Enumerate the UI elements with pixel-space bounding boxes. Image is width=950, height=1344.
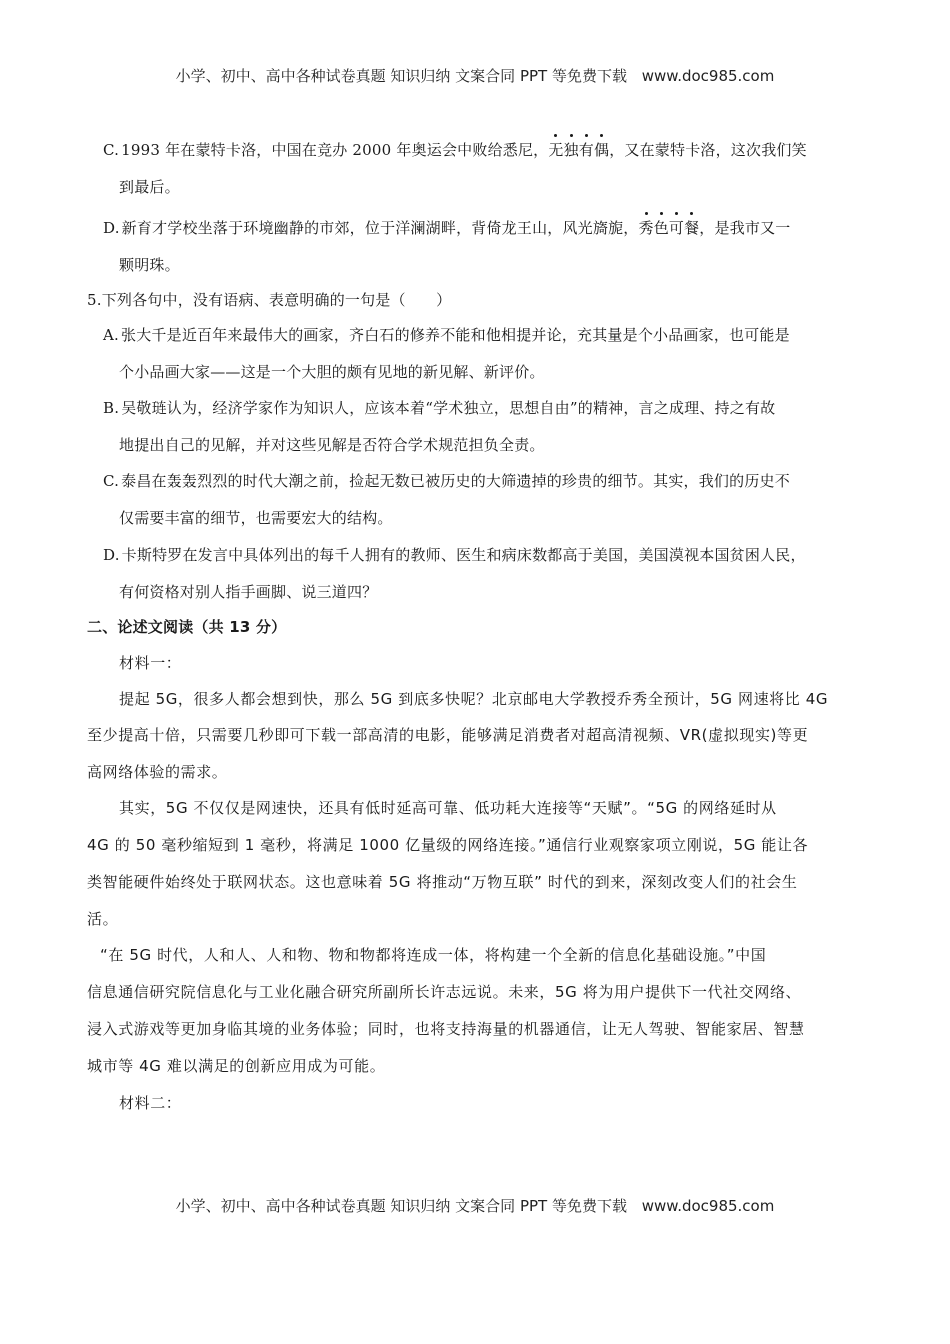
- paragraph-line: 其实，5G 不仅仅是网速快，还具有低时延高可靠、低功耗大连接等“天赋”。“5G …: [119, 798, 777, 818]
- q5-option-b-line1: B.吴敬琏认为，经济学家作为知识人，应该本着“学术独立，思想自由”的精神，言之成…: [103, 398, 775, 418]
- q5-stem: 5.下列各句中，没有语病、表意明确的一句是（ ）: [87, 290, 451, 310]
- footer-url: www.doc985.com: [642, 1197, 775, 1215]
- paragraph-line: “在 5G 时代，人和人、人和物、物和物都将连成一体，将构建一个全新的信息化基础…: [100, 945, 766, 965]
- emphasis-char: 偶: [594, 140, 609, 160]
- q5-option-a-line1: A.张大千是近百年来最伟大的画家，齐白石的修养不能和他相提并论，充其量是个小品画…: [103, 325, 790, 345]
- emphasized-phrase: 无独有偶: [548, 141, 609, 159]
- section-heading: 二、论述文阅读（共 13 分）: [87, 617, 286, 637]
- emphasis-char: 秀: [638, 218, 653, 238]
- q5-option-a-line2: 个小品画大家——这是一个大胆的颇有见地的新见解、新评价。: [119, 362, 545, 382]
- header-text: 小学、初中、高中各种试卷真题 知识归纳 文案合同 PPT 等免费下载: [176, 67, 627, 85]
- header-url: www.doc985.com: [642, 67, 775, 85]
- material1-label: 材料一：: [119, 653, 181, 673]
- emphasis-char: 色: [654, 218, 669, 238]
- emphasis-char: 可: [669, 218, 684, 238]
- q5-option-c-line1: C.泰昌在轰轰烈烈的时代大潮之前，捡起无数已被历史的大筛遗掉的珍贵的细节。其实，…: [103, 471, 790, 491]
- q5-option-b-line2: 地提出自己的见解，并对这些见解是否符合学术规范担负全责。: [119, 435, 545, 455]
- emphasis-char: 餐: [684, 218, 699, 238]
- page-header: 小学、初中、高中各种试卷真题 知识归纳 文案合同 PPT 等免费下载 www.d…: [0, 65, 950, 86]
- q4-option-c-line1: C.1993 年在蒙特卡洛，中国在竞办 2000 年奥运会中败给悉尼，无独有偶，…: [103, 140, 807, 160]
- paragraph-line: 4G 的 50 毫秒缩短到 1 毫秒，将满足 1000 亿量级的网络连接。”通信…: [87, 835, 808, 855]
- paragraph-line: 类智能硬件始终处于联网状态。这也意味着 5G 将推动“万物互联” 时代的到来，深…: [87, 872, 797, 892]
- material2-label: 材料二：: [119, 1093, 181, 1113]
- q4-option-d-line1: D.新育才学校坐落于环境幽静的市郊，位于洋澜湖畔，背倚龙王山，风光旖旎，秀色可餐…: [103, 218, 791, 238]
- q5-option-d-line2: 有何资格对别人指手画脚、说三道四？: [119, 582, 377, 602]
- q5-option-c-line2: 仅需要丰富的细节，也需要宏大的结构。: [119, 508, 393, 528]
- emphasis-char: 独: [564, 140, 579, 160]
- paragraph-line: 浸入式游戏等更加身临其境的业务体验；同时，也将支持海量的机器通信，让无人驾驶、智…: [87, 1019, 805, 1039]
- page-footer: 小学、初中、高中各种试卷真题 知识归纳 文案合同 PPT 等免费下载 www.d…: [0, 1195, 950, 1216]
- paragraph-line: 高网络体验的需求。: [87, 762, 227, 782]
- emphasis-char: 无: [548, 140, 563, 160]
- paragraph-line: 至少提高十倍，只需要几秒即可下载一部高清的电影，能够满足消费者对超高清视频、VR…: [87, 725, 808, 745]
- paragraph-line: 城市等 4G 难以满足的创新应用成为可能。: [87, 1056, 385, 1076]
- paragraph-line: 提起 5G，很多人都会想到快，那么 5G 到底多快呢？北京邮电大学教授乔秀全预计…: [119, 689, 828, 709]
- emphasized-phrase: 秀色可餐: [638, 219, 699, 237]
- emphasis-char: 有: [579, 140, 594, 160]
- q5-option-d-line1: D.卡斯特罗在发言中具体列出的每千人拥有的教师、医生和病床数都高于美国，美国漠视…: [103, 545, 806, 565]
- q4-option-c-line2: 到最后。: [119, 177, 180, 197]
- footer-text: 小学、初中、高中各种试卷真题 知识归纳 文案合同 PPT 等免费下载: [176, 1197, 627, 1215]
- q4-option-d-line2: 颗明珠。: [119, 255, 180, 275]
- paragraph-line: 信息通信研究院信息化与工业化融合研究所副所长许志远说。未来，5G 将为用户提供下…: [87, 982, 801, 1002]
- paragraph-line: 活。: [87, 909, 118, 929]
